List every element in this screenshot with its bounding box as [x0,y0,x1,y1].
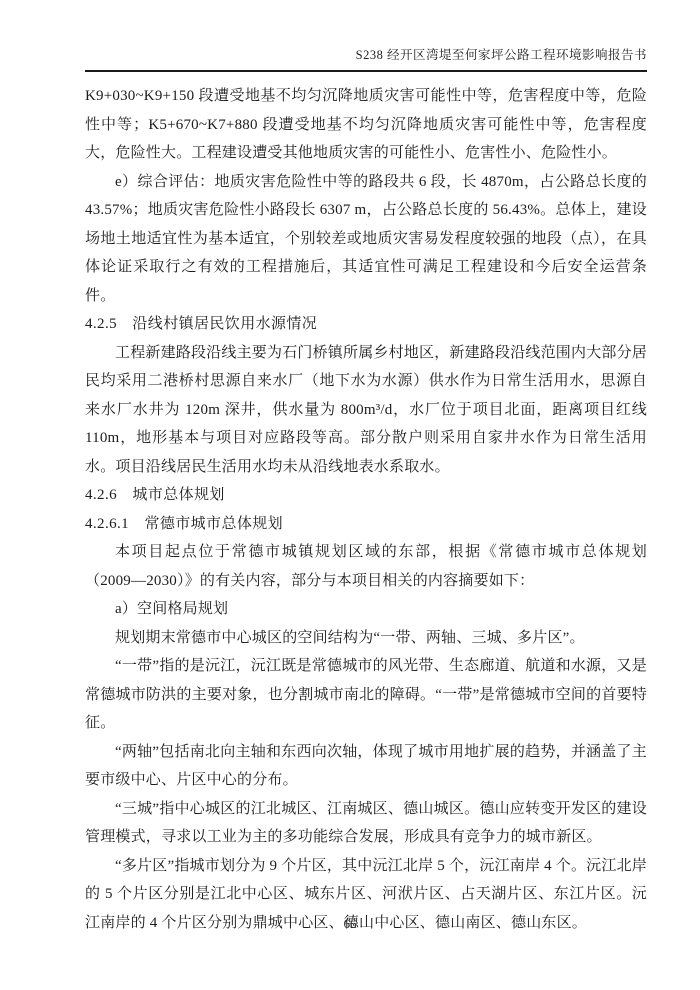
document-page: S238 经开区湾堤至何家坪公路工程环境影响报告书 K9+030~K9+150 … [0,0,700,990]
document-body: K9+030~K9+150 段遭受地基不均匀沉降地质灾害可能性中等，危害程度中等… [85,82,647,937]
paragraph-three-cities: “三城”指中心城区的江北城区、江南城区、德山城区。德山应转变开发区的建设管理模式… [85,795,647,852]
paragraph-planning-structure: 规划期末常德市中心城区的空间结构为“一带、两轴、三城、多片区”。 [85,624,647,653]
page-footer: 66 [0,916,700,932]
section-heading-4-2-5: 4.2.5 沿线村镇居民饮用水源情况 [85,310,647,339]
paragraph-two-axes: “两轴”包括南北向主轴和东西向次轴，体现了城市用地扩展的趋势，并涵盖了主要市级中… [85,738,647,795]
header-divider [85,70,647,72]
section-heading-4-2-6-1: 4.2.6.1 常德市城市总体规划 [85,510,647,539]
paragraph-one-belt: “一带”指的是沅江，沅江既是常德城市的风光带、生态廊道、航道和水源，又是常德城市… [85,652,647,738]
paragraph-spatial-layout-planning: a）空间格局规划 [85,595,647,624]
paragraph-comprehensive-evaluation: e）综合评估：地质灾害危险性中等的路段共 6 段，长 4870m，占公路总长度的… [85,168,647,311]
paragraph-drinking-water-source: 工程新建路段沿线主要为石门桥镇所属乡村地区，新建路段沿线范围内大部分居民均采用二… [85,339,647,482]
section-heading-4-2-6: 4.2.6 城市总体规划 [85,481,647,510]
paragraph-k9-segment: K9+030~K9+150 段遭受地基不均匀沉降地质灾害可能性中等，危害程度中等… [85,82,647,168]
page-number: 66 [344,916,357,931]
page-header: S238 经开区湾堤至何家坪公路工程环境影响报告书 [85,46,647,72]
paragraph-project-start-location: 本项目起点位于常德市城镇规划区域的东部，根据《常德市城市总体规划（2009—20… [85,538,647,595]
running-header-title: S238 经开区湾堤至何家坪公路工程环境影响报告书 [85,46,647,64]
